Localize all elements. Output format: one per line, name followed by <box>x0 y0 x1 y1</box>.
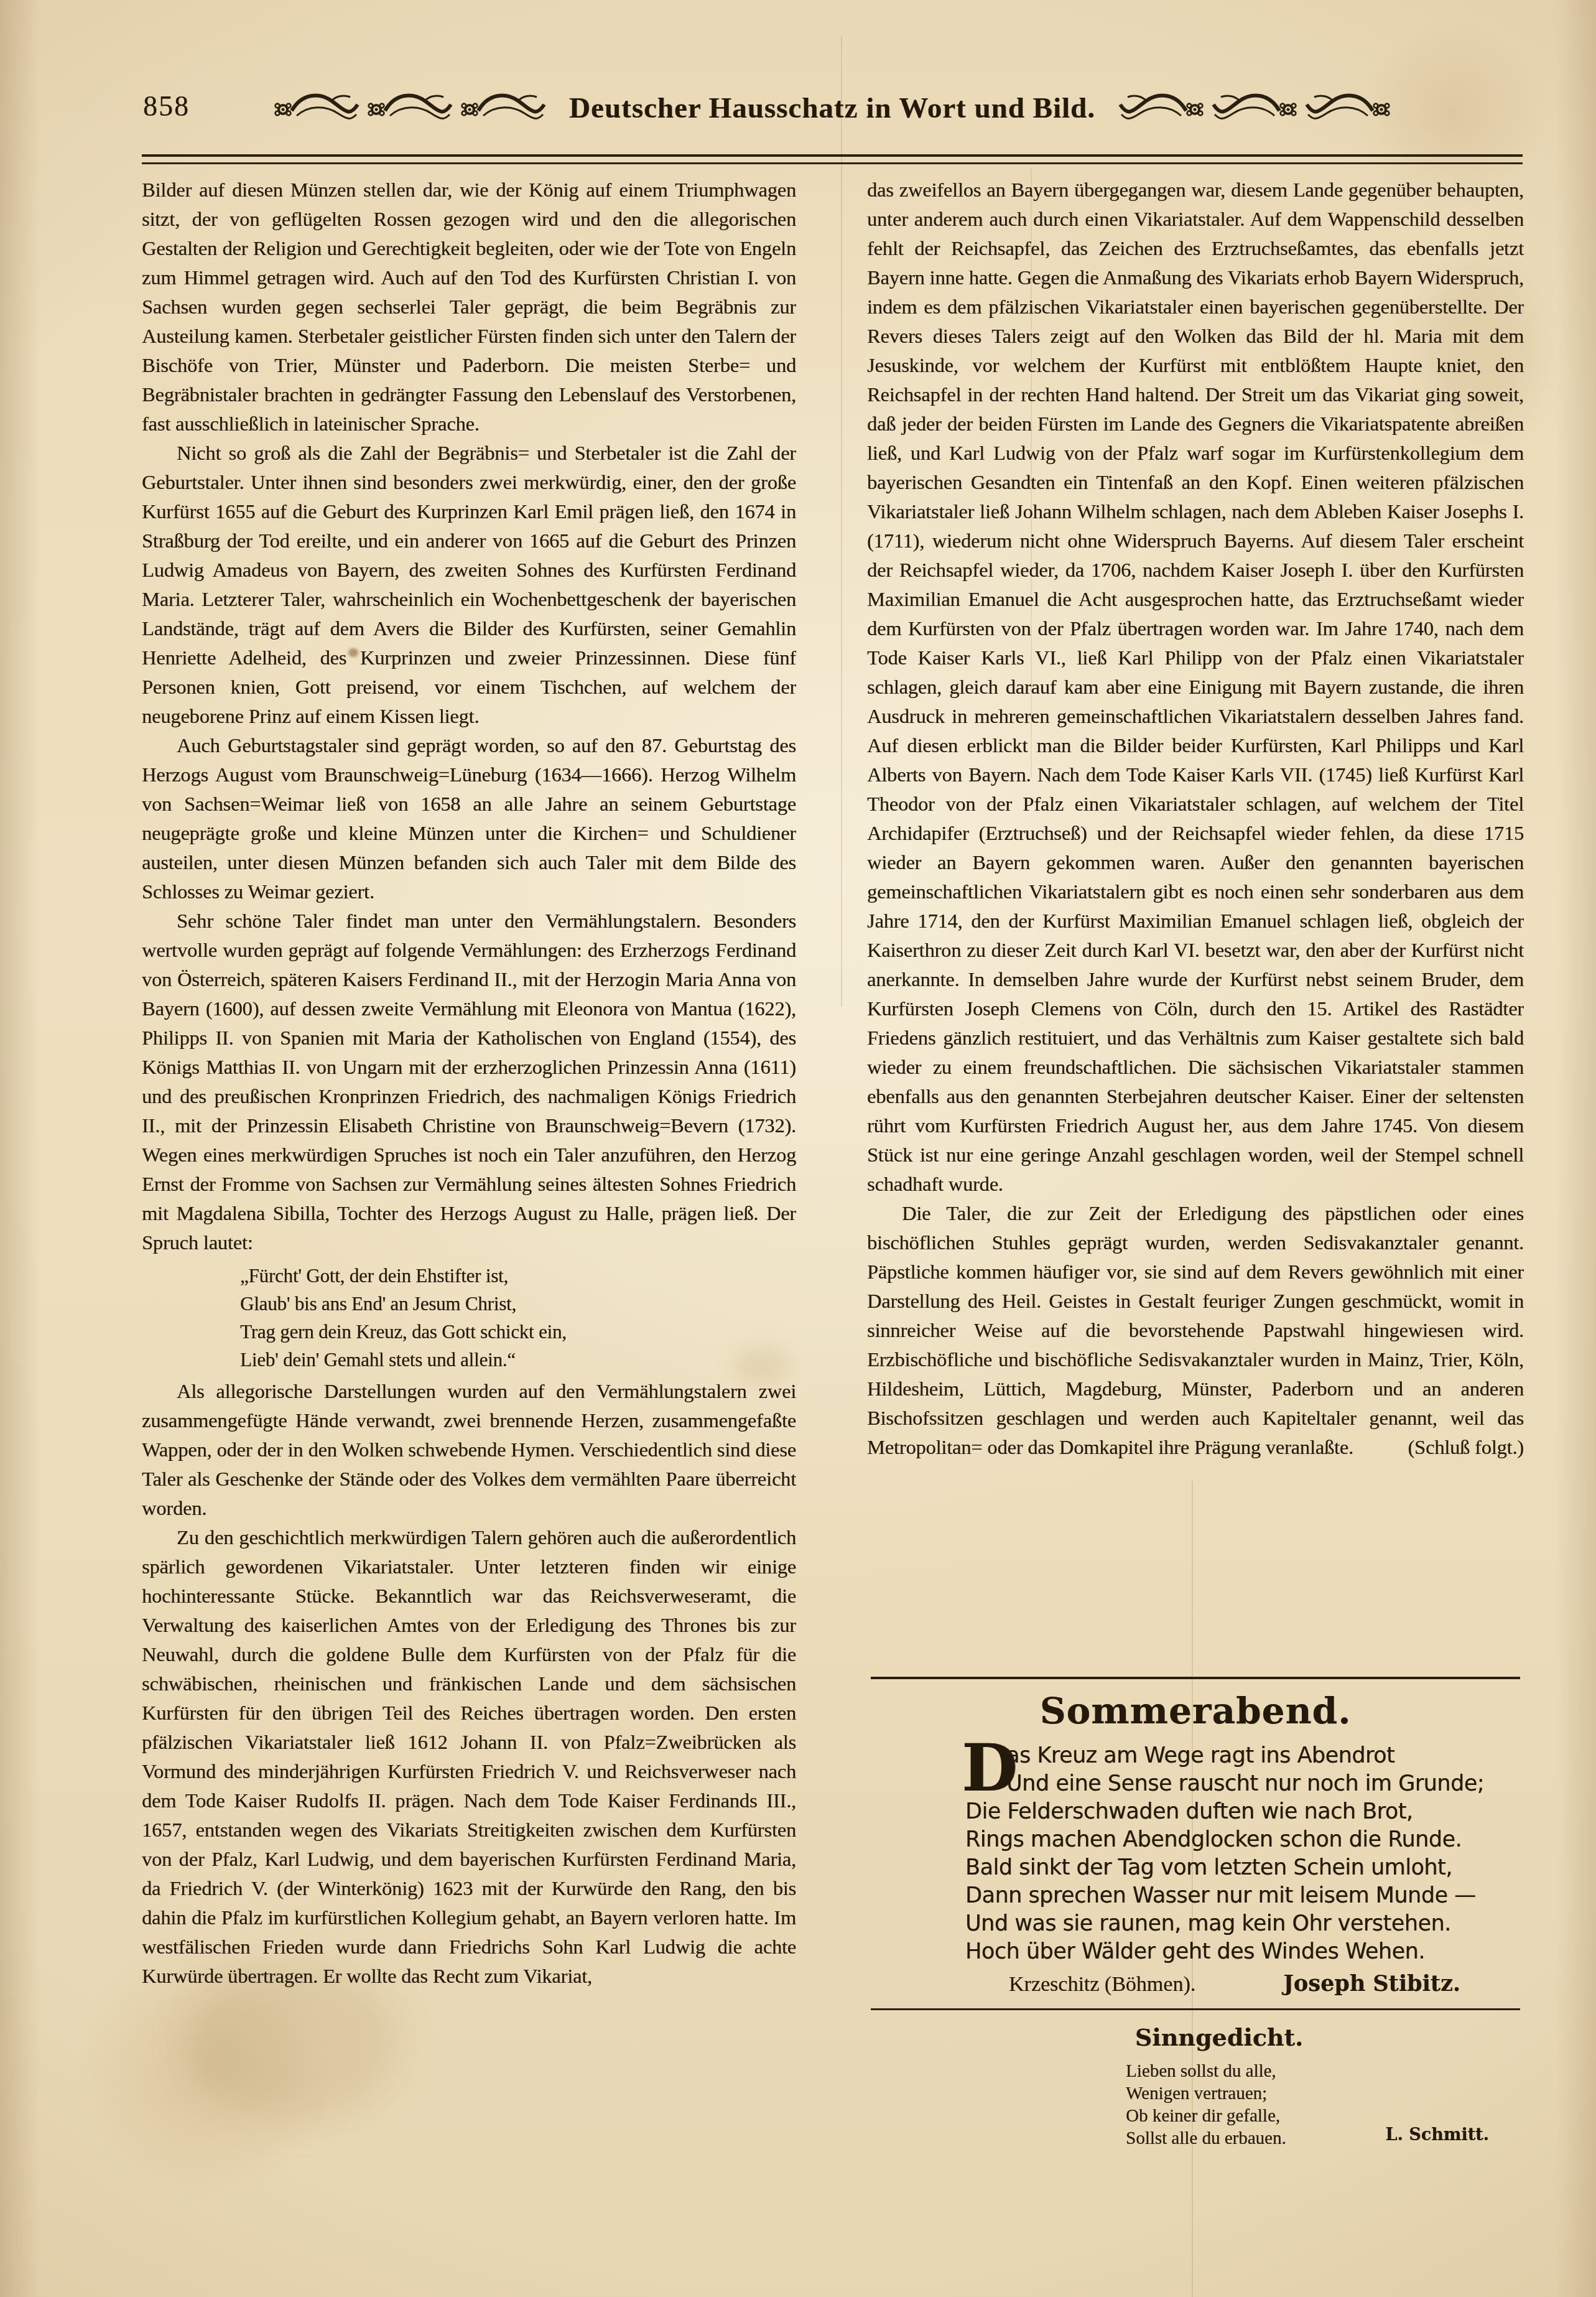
poem-line-text: as Kreuz am Wege ragt ins Abendrot <box>1006 1743 1394 1768</box>
poem-line: Bald sinkt der Tag vom letzten Schein um… <box>965 1854 1488 1882</box>
page-title: Deutscher Hausschatz in Wort und Bild. <box>569 91 1095 125</box>
paragraph: Die Taler, die zur Zeit der Erledigung d… <box>867 1200 1524 1463</box>
paragraph: Bilder auf diesen Münzen stellen dar, wi… <box>142 176 796 439</box>
epigram-line: Sollst alle du erbauen. <box>1126 2127 1312 2150</box>
epigram-section: Sinngedicht. Lieben sollst du alle, Weni… <box>1126 2023 1312 2150</box>
poem-line: as Kreuz am Wege ragt ins Abendrot <box>1006 1742 1488 1770</box>
poem-line: Hoch über Wälder geht des Windes Wehen. <box>965 1938 1488 1966</box>
verse-line: Glaub' bis ans End' an Jesum Christ, <box>240 1290 796 1318</box>
coin-inscription-verse: „Fürcht' Gott, der dein Ehstifter ist, G… <box>240 1262 796 1374</box>
poem-line: Dann sprechen Wasser nur mit leisem Mund… <box>965 1882 1488 1910</box>
poem-line: Rings machen Abendglocken schon die Rund… <box>965 1826 1488 1854</box>
magazine-page: 858 <box>0 0 1596 2297</box>
epigram-author: L. Schmitt. <box>1385 2125 1489 2145</box>
paragraph: Auch Geburtstagstaler sind geprägt worde… <box>142 732 796 907</box>
poem-section: Sommerabend. D as Kreuz am Wege ragt ins… <box>867 1667 1524 2297</box>
verse-line: „Fürcht' Gott, der dein Ehstifter ist, <box>240 1262 796 1290</box>
paragraph: Zu den geschichtlich merkwürdigen Talern… <box>142 1524 796 1992</box>
paragraph: Nicht so groß als die Zahl der Begräbnis… <box>142 439 796 732</box>
poem-body: D as Kreuz am Wege ragt ins Abendrot Und… <box>965 1742 1488 1966</box>
paper-crease <box>841 36 842 1007</box>
floral-flourish-icon <box>274 91 548 126</box>
epigram-title: Sinngedicht. <box>1126 2023 1312 2051</box>
paragraph: das zweifellos an Bayern übergegangen wa… <box>867 176 1524 1200</box>
paragraph: Sehr schöne Taler findet man unter den V… <box>142 907 796 1258</box>
to-be-continued-note: (Schluß folgt.) <box>1408 1433 1524 1463</box>
article-column-right: das zweifellos an Bayern übergegangen wa… <box>867 176 1524 1677</box>
verse-line: Lieb' dein' Gemahl stets und allein.“ <box>240 1346 796 1374</box>
paragraph-text: Die Taler, die zur Zeit der Erledigung d… <box>867 1203 1524 1459</box>
poem-line: Und eine Sense rauscht nur noch im Grund… <box>1006 1770 1488 1798</box>
poem-title: Sommerabend. <box>867 1690 1524 1732</box>
poem-signature: Krzeschitz (Böhmen). Joseph Stibitz. <box>1009 1971 1460 1996</box>
poem-place: Krzeschitz (Böhmen). <box>1009 1973 1195 1996</box>
masthead: Deutscher Hausschatz in Wort und Bild. <box>142 80 1523 137</box>
page-header: 858 <box>142 80 1523 137</box>
floral-flourish-icon <box>1116 91 1390 126</box>
section-divider <box>871 2008 1520 2010</box>
epigram-line: Wenigen vertrauen; <box>1126 2082 1312 2105</box>
header-divider <box>142 154 1523 164</box>
paragraph: Als allegorische Darstellungen wurden au… <box>142 1377 796 1524</box>
poem-line: Und was sie raunen, mag kein Ohr versteh… <box>965 1910 1488 1938</box>
poem-author: Joseph Stibitz. <box>1283 1971 1460 1996</box>
article-column-left: Bilder auf diesen Münzen stellen dar, wi… <box>142 176 796 2161</box>
drop-cap-initial: D <box>962 1740 1018 1797</box>
epigram-line: Lieben sollst du alle, <box>1126 2060 1312 2082</box>
section-divider <box>871 1677 1520 1679</box>
poem-line: Die Felderschwaden duften wie nach Brot, <box>965 1798 1488 1826</box>
epigram-line: Ob keiner dir gefalle, <box>1126 2105 1312 2127</box>
verse-line: Trag gern dein Kreuz, das Gott schickt e… <box>240 1318 796 1346</box>
